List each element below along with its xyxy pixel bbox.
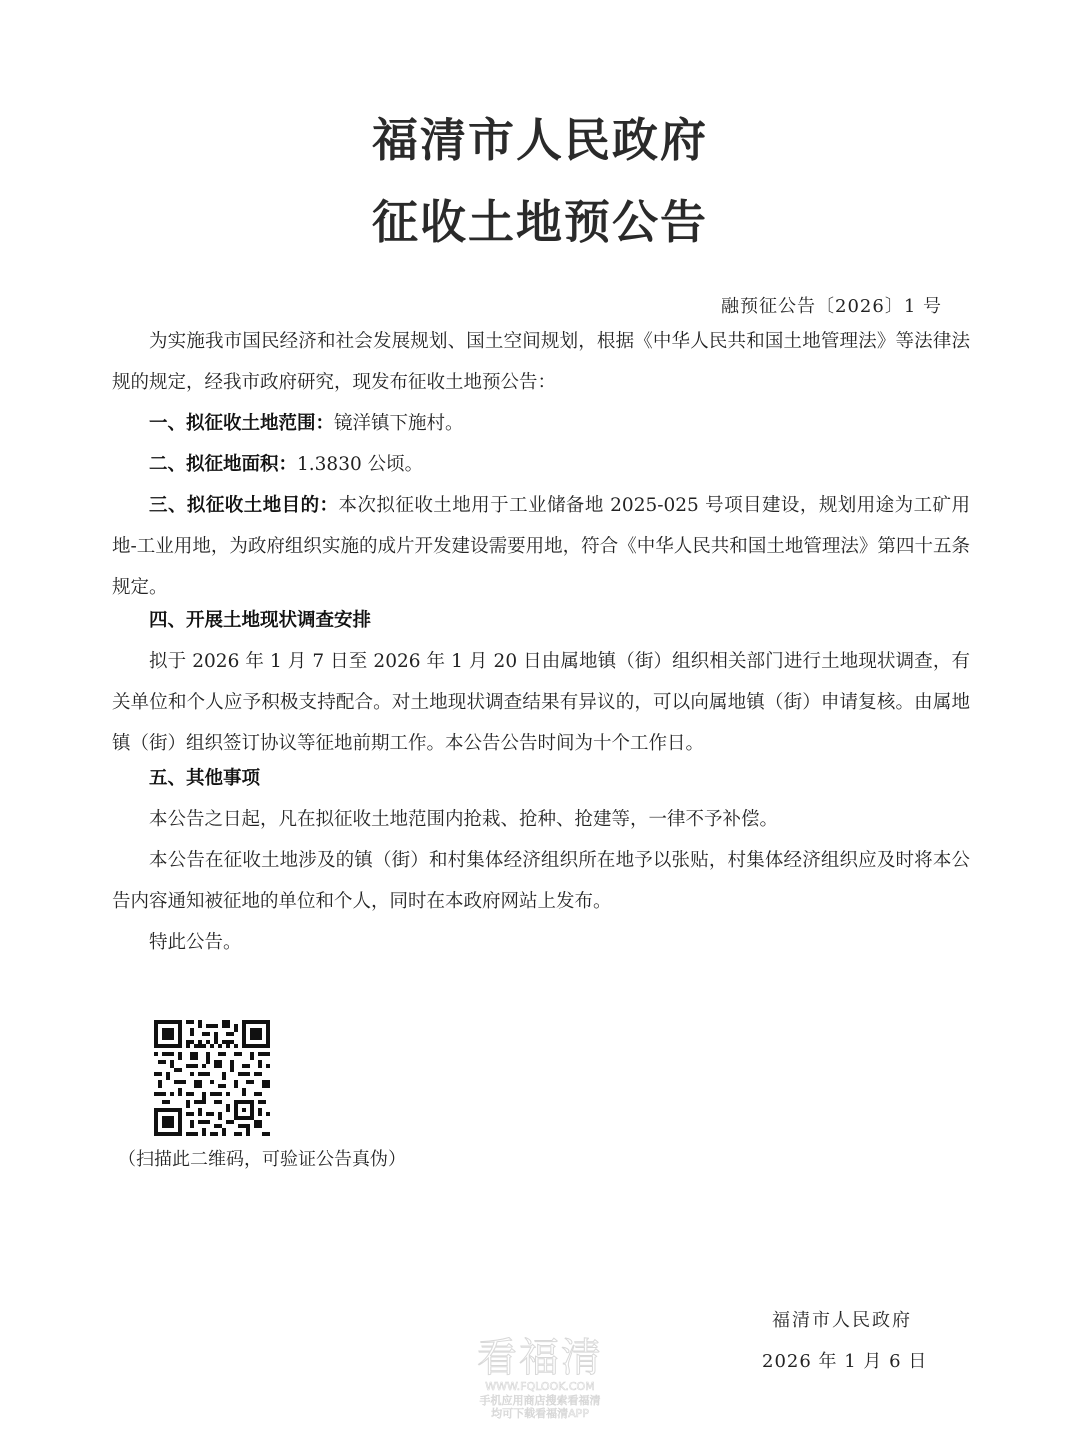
qr-code-icon[interactable] [153,1020,271,1136]
section-5-paragraph-1: 本公告之日起，凡在拟征收土地范围内抢栽、抢种、抢建等，一律不予补偿。 [112,799,970,840]
section-3-paragraph: 三、拟征收土地目的：本次拟征收土地用于工业储备地 2025-025 号项目建设，… [112,485,970,608]
document-number: 融预征公告〔2026〕1 号 [721,292,942,318]
watermark: 看福清 WWW.FQLOOK.COM 手机应用商店搜索看福清 均可下载看福清AP… [470,1336,610,1420]
section-4-heading-line: 四、开展土地现状调查安排 [112,600,970,641]
section-4-paragraph: 拟于 2026 年 1 月 7 日至 2026 年 1 月 20 日由属地镇（街… [112,641,970,764]
section-1: 一、拟征收土地范围：镜洋镇下施村。 [112,403,970,444]
closing-statement: 特此公告。 [112,922,970,963]
issue-date: 2026 年 1 月 6 日 [762,1347,927,1373]
section-1-heading: 一、拟征收土地范围： [149,413,334,434]
section-5: 五、其他事项 本公告之日起，凡在拟征收土地范围内抢栽、抢种、抢建等，一律不予补偿… [112,758,970,963]
title-notice: 征收土地预公告 [0,186,1080,252]
intro-paragraph: 为实施我市国民经济和社会发展规划、国土空间规划，根据《中华人民共和国土地管理法》… [112,321,970,403]
issuer-signature: 福清市人民政府 [772,1306,912,1332]
document-page: 福清市人民政府 征收土地预公告 融预征公告〔2026〕1 号 为实施我市国民经济… [0,0,1080,1450]
section-1-paragraph: 一、拟征收土地范围：镜洋镇下施村。 [112,403,970,444]
section-3: 三、拟征收土地目的：本次拟征收土地用于工业储备地 2025-025 号项目建设，… [112,485,970,608]
intro-block: 为实施我市国民经济和社会发展规划、国土空间规划，根据《中华人民共和国土地管理法》… [112,321,970,403]
section-5-paragraph-2: 本公告在征收土地涉及的镇（街）和村集体经济组织所在地予以张贴，村集体经济组织应及… [112,840,970,922]
section-2-content: 1.3830 公顷。 [297,454,423,475]
watermark-url: WWW.FQLOOK.COM [470,1380,610,1394]
section-2-heading: 二、拟征地面积： [149,454,297,475]
section-2: 二、拟征地面积：1.3830 公顷。 [112,444,970,485]
section-3-heading: 三、拟征收土地目的： [149,495,339,516]
watermark-logo: 看福清 [470,1336,610,1380]
section-4: 四、开展土地现状调查安排 拟于 2026 年 1 月 7 日至 2026 年 1… [112,600,970,764]
section-2-paragraph: 二、拟征地面积：1.3830 公顷。 [112,444,970,485]
qr-caption: （扫描此二维码，可验证公告真伪） [118,1145,406,1171]
section-4-heading: 四、开展土地现状调查安排 [149,610,371,631]
section-1-content: 镜洋镇下施村。 [334,413,464,434]
title-issuer: 福清市人民政府 [0,104,1080,170]
section-5-heading: 五、其他事项 [149,768,260,789]
watermark-line-1: 手机应用商店搜索看福清 [470,1394,610,1407]
watermark-line-2: 均可下载看福清APP [470,1407,610,1420]
section-5-heading-line: 五、其他事项 [112,758,970,799]
